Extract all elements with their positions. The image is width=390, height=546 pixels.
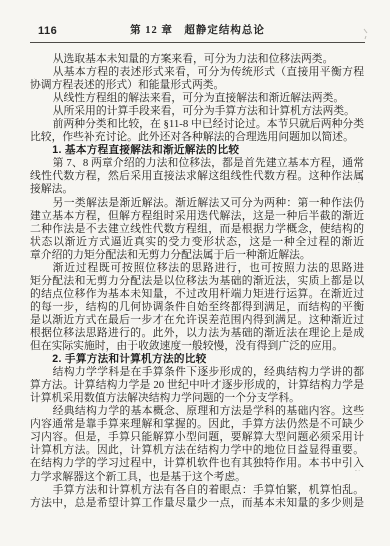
body-line: 二种作法是不去建立线性代数方程组，而是根据力学概念，使结构的受力变形 [30, 223, 364, 236]
page-number: 116 [38, 24, 57, 38]
body-line: 前两种分类和比较，在 §11-8 中已经讨论过。本节只就后两种分类和 [30, 118, 364, 131]
body-line: 比较，作些补充讨论。此外还对各种解法的合理选用问题加以简述。 [30, 131, 364, 144]
body-line: 矩分配法和无剪力分配法是以位移法为基础的渐近法，实质上都是以独立 [30, 275, 364, 288]
body-line: 从线性方程组的解法来看，可分为直接解法和渐近解法两类。 [30, 92, 364, 105]
body-line: 接解法。 [30, 183, 364, 196]
body-line: 的每一步，结构的几何协调条件自始至终都得到满足，而结构的平衡条件则 [30, 301, 364, 314]
running-head: 116 第 12 章 超静定结构总论 [30, 24, 365, 38]
body-line: 计算机方法。因此，计算机方法在结构力学中的地位日益显得重要。此外， [30, 444, 364, 457]
body-line: 从选取基本未知量的方案来看，可分为力法和位移法两类。 [30, 53, 364, 66]
body-line: 的结点位移作为基本未知量，不过改用杆端力矩进行运算。在渐近过程中 [30, 288, 364, 301]
book-page: 116 第 12 章 超静定结构总论 从选取基本未知量的方案来看，可分为力法和位… [0, 0, 390, 546]
body-line: 根据位移法思路进行的。此外，以力法为基础的渐近法在理论上是成立的， [30, 327, 364, 340]
body-line: 力学求解器这个新工具，也是基于这个考虑。 [30, 471, 364, 484]
body-line: 线性代数方程，然后采用直接法求解这组线性代数方程。这种作法属于直 [30, 170, 364, 183]
body-line: 习内容。但是，手算只能解算小型问题，要解算大型问题必须采用计算机和 [30, 431, 364, 444]
body-line: 算方法。计算结构力学是 20 世纪中叶才逐步形成的，计算结构力学是借助 [30, 379, 364, 392]
body-line: 另一类解法是渐近解法。渐近解法又可分为两种：第一种作法仍是首先 [30, 197, 364, 210]
body-line: 协调方程表述的形式）和能量形式两类。 [30, 79, 364, 92]
body-line: 从基本方程的表述形式来看，可分为传统形式（直接用平衡方程和几何 [30, 66, 364, 79]
body-text: 从选取基本未知量的方案来看，可分为力法和位移法两类。 从基本方程的表述形式来看，… [30, 53, 364, 510]
body-line: 但在实际实施时，由于收敛速度一般较慢，没有得到广泛的应用。 [30, 340, 364, 353]
body-line: 手算方法和计算机方法有各自的着眼点：手算怕繁，机算怕乱。在手算 [30, 484, 364, 497]
body-line: 内容通常是靠手算来理解和掌握的。因此，手算方法仍然是不可缺少的学 [30, 418, 364, 431]
stray-pen-mark [362, 28, 370, 40]
body-line: 从所采用的计算手段来看，可分为手算方法和计算机方法两类。 [30, 105, 364, 118]
section-heading-1: 1. 基本方程直接解法和渐近解法的比较 [30, 144, 364, 157]
body-line: 结构力学学科是在手算条件下逐步形成的，经典结构力学讲的都是手 [30, 366, 364, 379]
body-line: 在结构力学的学习过程中，计算机软件也有其独特作用。本书中引入结构 [30, 457, 364, 470]
section-heading-2: 2. 手算方法和计算机方法的比较 [30, 353, 364, 366]
body-line: 经典结构力学的基本概念、原理和方法是学科的基础内容。这些基础 [30, 405, 364, 418]
body-line: 渐近过程既可按照位移法的思路进行，也可按照力法的思路进行。力 [30, 262, 364, 275]
chapter-title: 第 12 章 超静定结构总论 [30, 24, 365, 38]
header-rule [30, 42, 365, 43]
body-line: 是以渐近方式在最后一步才在允许误差范围内得到满足。这种渐近过程是 [30, 314, 364, 327]
body-line: 章介绍的力矩分配法和无剪力分配法属于后一种渐近解法。 [30, 249, 364, 262]
body-line: 第 7、8 两章介绍的力法和位移法，都是首先建立基本方程，通常是一组 [30, 157, 364, 170]
body-line: 状态以渐近方式逼近真实的受力变形状态，这是一种全过程的渐近法。第 9 [30, 236, 364, 249]
body-line: 方法中，总是希望计算工作量尽量少一点，而基本未知量的多少则是影响计 [30, 497, 364, 510]
body-line: 建立基本方程，但解方程组时采用迭代解法，这是一种后半截的渐近法。第 [30, 210, 364, 223]
body-line: 计算机采用数值方法解决结构力学问题的一个分支学科。 [30, 392, 364, 405]
